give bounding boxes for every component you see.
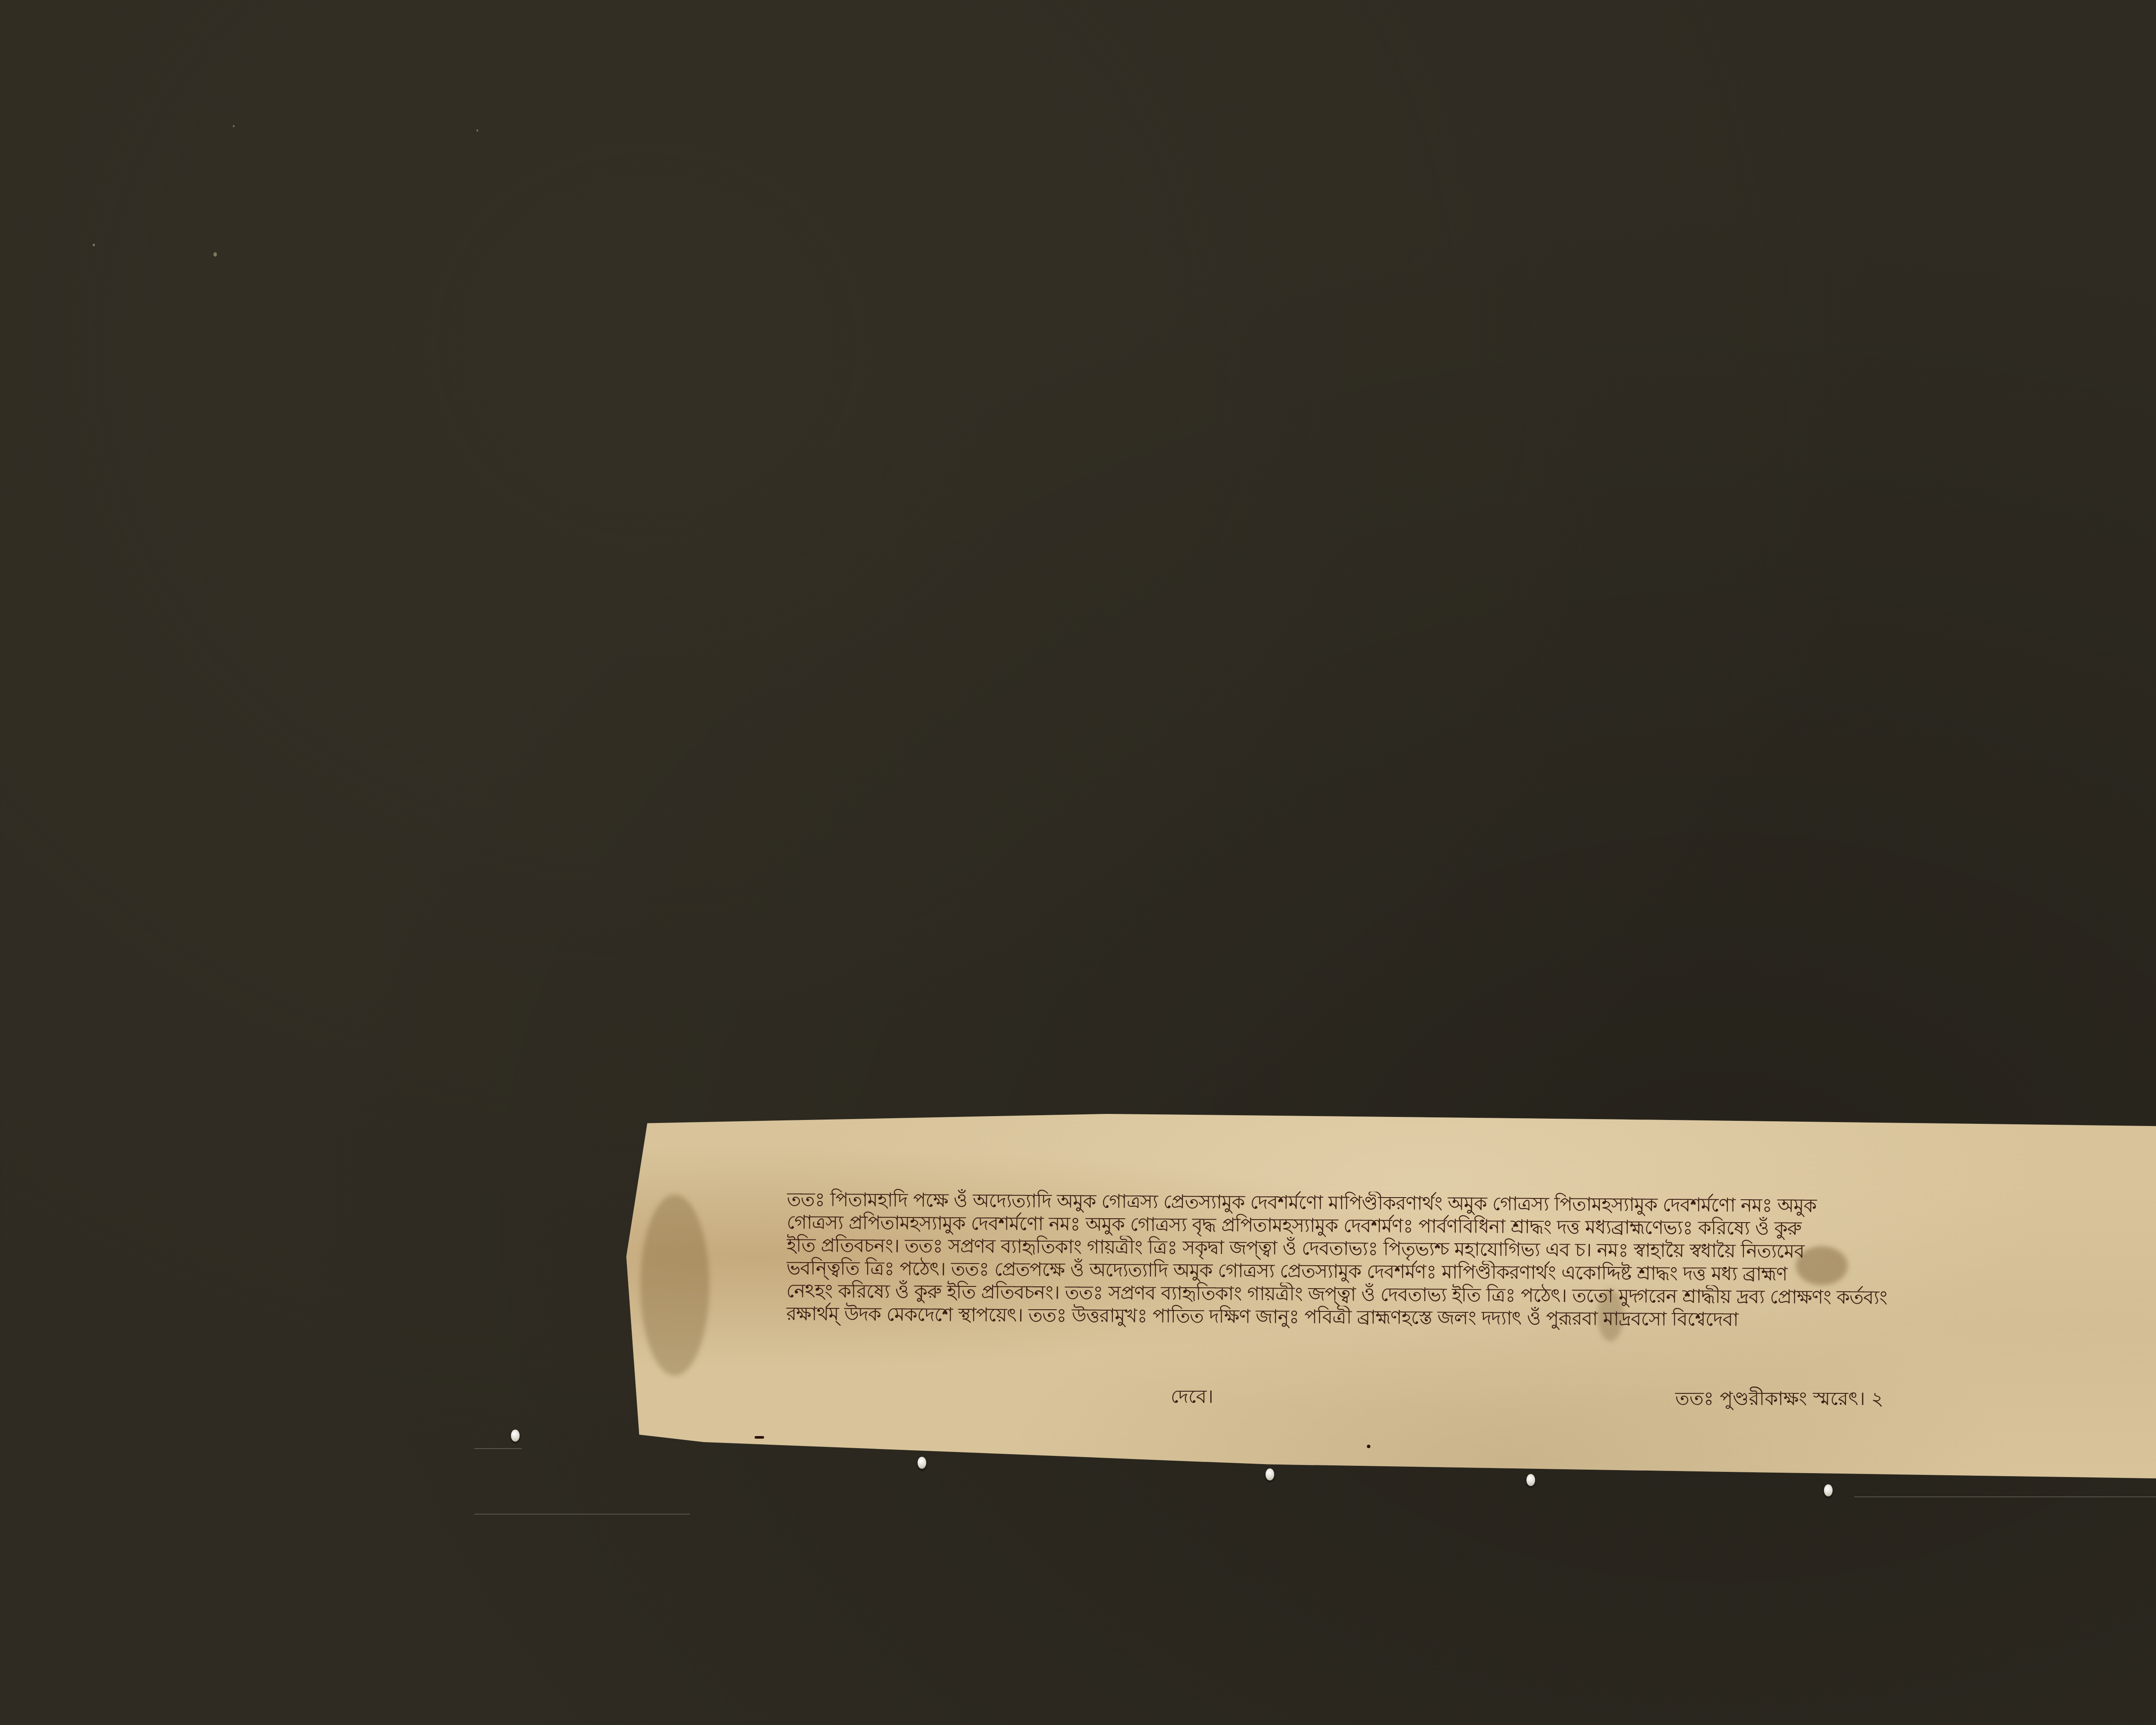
manuscript-text: ততঃ পিতামহাদি পক্ষে ওঁ অদ্যেত্যাদি অমুক … [786, 1188, 2089, 1333]
ink-blot [755, 1436, 764, 1439]
paper-stain [640, 1195, 709, 1376]
board-guide-line [1854, 1496, 2156, 1497]
manuscript-subnote-left: দেবে। [1171, 1382, 1213, 1414]
mounting-pin [1824, 1484, 1833, 1496]
dust-speck [233, 125, 235, 127]
mounting-pin [1266, 1468, 1274, 1480]
dust-speck [213, 252, 217, 257]
photo-scene: ততঃ পিতামহাদি পক্ষে ওঁ অদ্যেত্যাদি অমুক … [0, 0, 2156, 1725]
mounting-pin [511, 1430, 520, 1442]
dust-speck [93, 244, 95, 246]
manuscript-subnote-right: ততঃ পুণ্ডরীকাক্ষং স্মরেৎ। ২ [1675, 1384, 1883, 1416]
board-guide-line [474, 1514, 690, 1515]
board-guide-line [474, 1448, 522, 1449]
mounting-pin [918, 1457, 926, 1469]
ink-blot [1367, 1445, 1370, 1448]
mounting-pin [1526, 1474, 1535, 1486]
manuscript-leaf: ততঃ পিতামহাদি পক্ষে ওঁ অদ্যেত্যাদি অমুক … [623, 1108, 2156, 1479]
dust-speck [476, 129, 478, 132]
